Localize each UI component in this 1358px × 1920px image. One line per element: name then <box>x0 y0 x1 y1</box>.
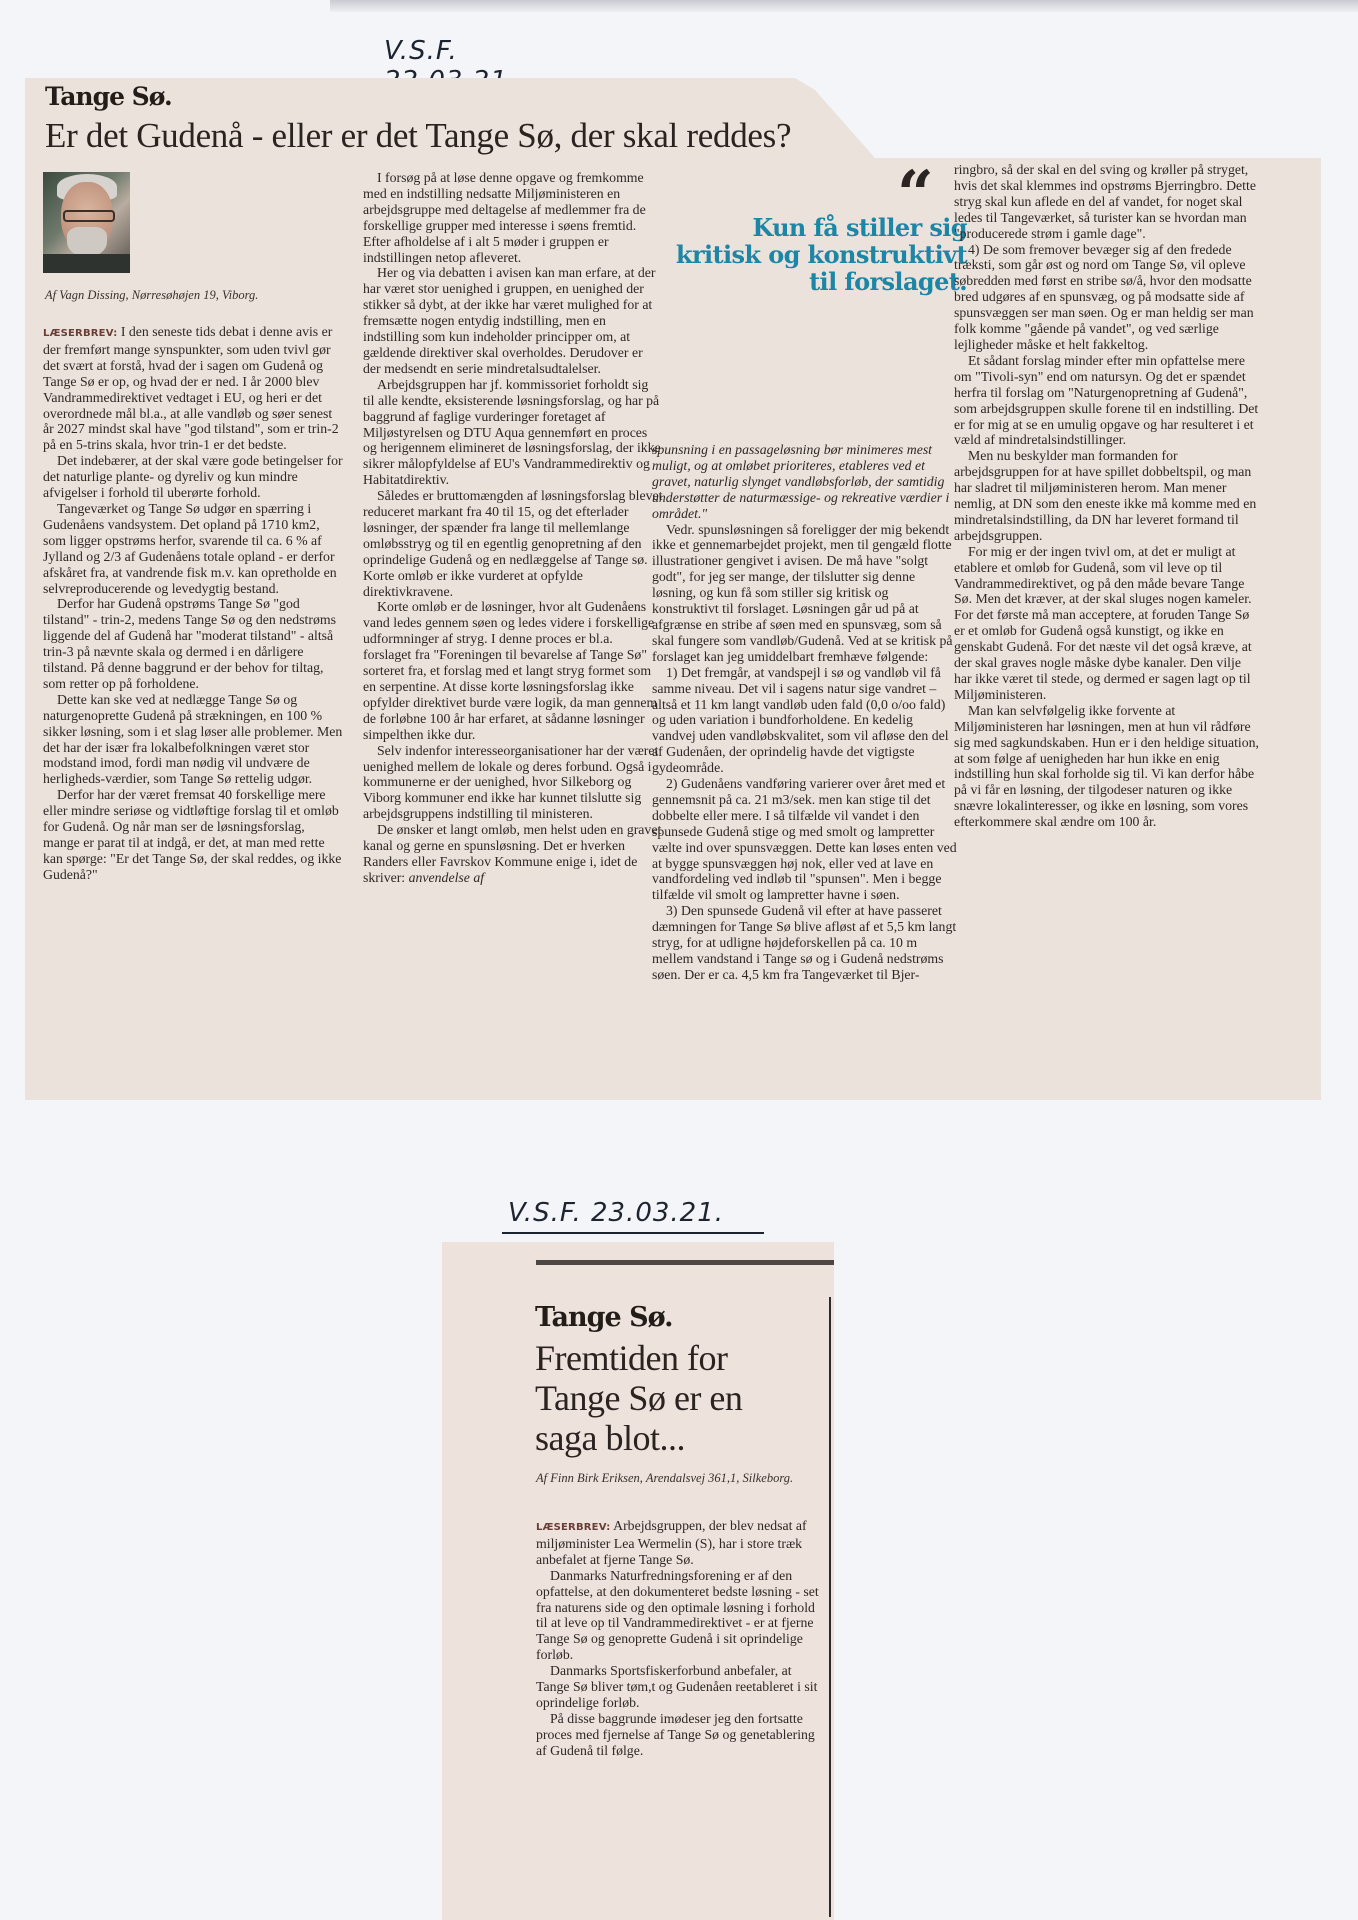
pull-quote: Kun få stiller sig kritisk og konstrukti… <box>665 214 967 295</box>
paragraph: Dette kan ske ved at nedlægge Tange Sø o… <box>43 692 343 787</box>
article-column-4: ringbro, så der skal en del sving og krø… <box>954 162 1260 830</box>
paragraph: Således er bruttomængden af løsningsfors… <box>363 488 663 599</box>
paragraph: LÆSERBREV: I den seneste tids debat i de… <box>43 324 343 453</box>
paragraph: Arbejdsgruppen har jf. kommissoriet forh… <box>363 377 663 488</box>
paragraph: Her og via debatten i avisen kan man erf… <box>363 265 663 376</box>
paragraph: 4) De som fremover bevæger sig af den fr… <box>954 242 1260 353</box>
article-column-1: LÆSERBREV: I den seneste tids debat i de… <box>43 324 343 883</box>
quoted-text: spunsning i en passageløsning bør minime… <box>652 442 958 522</box>
byline: Af Finn Birk Eriksen, Arendalsvej 361,1,… <box>536 1470 806 1486</box>
kicker: Tange Sø. <box>45 82 172 111</box>
top-rule <box>536 1260 834 1265</box>
paragraph: For mig er der ingen tvivl om, at det er… <box>954 544 1260 703</box>
paragraph: I forsøg på at løse denne opgave og frem… <box>363 170 663 265</box>
paragraph: Vedr. spunsløsningen så foreligger der m… <box>652 522 958 665</box>
headline: Er det Gudenå - eller er det Tange Sø, d… <box>45 116 791 156</box>
paragraph: Selv indenfor interesseorganisationer ha… <box>363 743 663 823</box>
paragraph: LÆSERBREV: Arbejdsgruppen, der blev neds… <box>536 1518 821 1568</box>
byline: Af Vagn Dissing, Nørresøhøjen 19, Viborg… <box>45 288 258 303</box>
paragraph: Danmarks Sportsfiskerforbund anbefaler, … <box>536 1663 821 1711</box>
paragraph: 2) Gudenåens vandføring varierer over år… <box>652 776 958 903</box>
paragraph: Derfor har Gudenå opstrøms Tange Sø "god… <box>43 596 343 691</box>
author-photo <box>43 172 130 273</box>
photo-glasses <box>63 210 115 222</box>
kicker: Tange Sø. <box>535 1302 673 1333</box>
newspaper-clipping-2: Tange Sø. Fremtiden for Tange Sø er en s… <box>442 1242 834 1920</box>
newspaper-clipping-1: Tange Sø. Er det Gudenå - eller er det T… <box>25 78 1321 1100</box>
paragraph: ringbro, så der skal en del sving og krø… <box>954 162 1260 242</box>
column-rule <box>829 1297 831 1917</box>
paragraph: Korte omløb er de løsninger, hvor alt Gu… <box>363 599 663 742</box>
paragraph: Derfor har der været fremsat 40 forskell… <box>43 787 343 882</box>
paragraph: På disse baggrunde imødeser jeg den fort… <box>536 1711 821 1759</box>
photo-beard <box>67 227 107 257</box>
letter-tag: LÆSERBREV: <box>536 1522 610 1533</box>
article-column-2: I forsøg på at løse denne opgave og frem… <box>363 170 663 886</box>
paragraph: Man kan selvfølgelig ikke forvente at Mi… <box>954 703 1260 830</box>
date-stamp-2: V.S.F. 23.03.21. <box>502 1198 764 1234</box>
photo-shirt <box>43 254 130 273</box>
paragraph: 3) Den spunsede Gudenå vil efter at have… <box>652 903 958 983</box>
paragraph: 1) Det fremgår, at vandspejl i sø og van… <box>652 665 958 776</box>
paragraph: Danmarks Naturfredningsforening er af de… <box>536 1568 821 1663</box>
paragraph: Et sådant forslag minder efter min opfat… <box>954 353 1260 448</box>
paragraph: De ønsker et langt omløb, men helst uden… <box>363 822 663 886</box>
paragraph: Men nu beskylder man formanden for arbej… <box>954 448 1260 543</box>
quoted-text: anvendelse af <box>409 870 484 885</box>
letter-tag: LÆSERBREV: <box>43 328 117 339</box>
scanner-edge-shadow <box>330 0 1358 12</box>
article-column-3: spunsning i en passageløsning bør minime… <box>652 442 958 983</box>
headline: Fremtiden for Tange Sø er en saga blot..… <box>535 1338 805 1458</box>
article-body: LÆSERBREV: Arbejdsgruppen, der blev neds… <box>536 1518 821 1759</box>
paragraph: Det indebærer, at der skal være gode bet… <box>43 453 343 501</box>
paragraph-text: I den seneste tids debat i denne avis er… <box>43 324 339 452</box>
paragraph: Tangeværket og Tange Sø udgør en spærrin… <box>43 501 343 596</box>
